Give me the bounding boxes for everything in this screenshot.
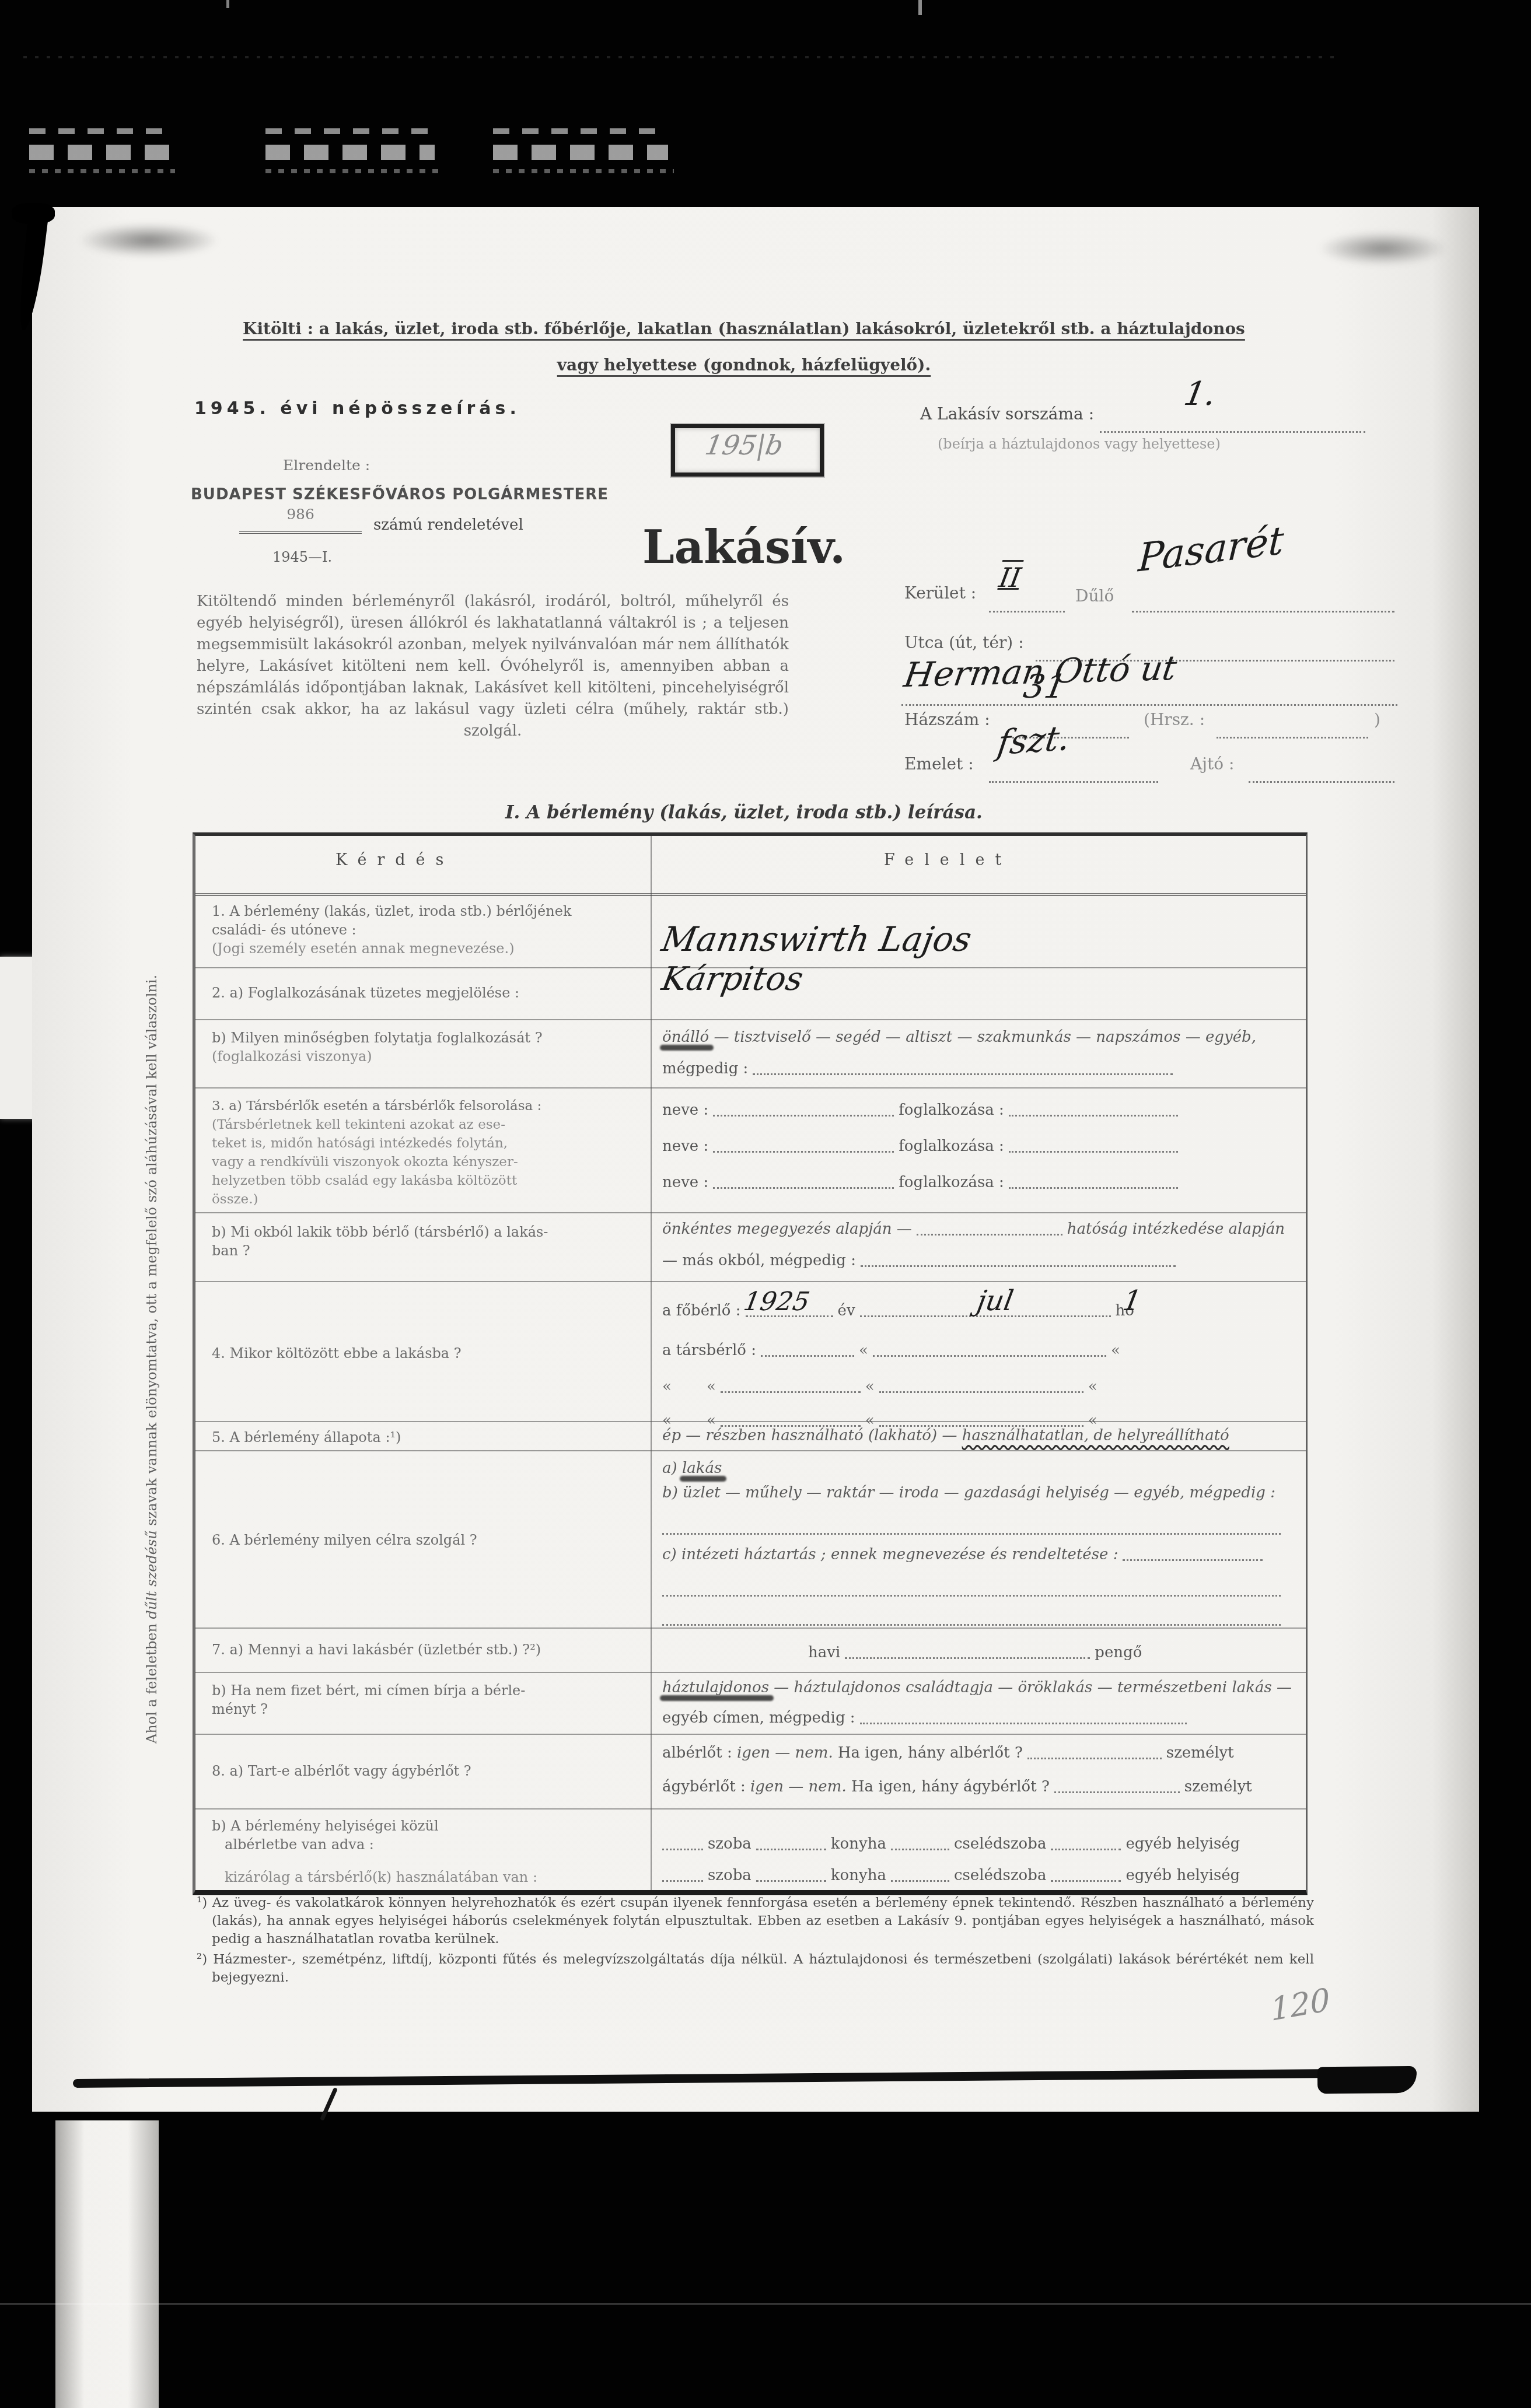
occupation-handwritten: Kárpitos — [659, 960, 806, 998]
fill-line — [860, 1721, 1187, 1724]
fill-line — [721, 1389, 861, 1393]
district-label: Kerület : — [904, 583, 976, 603]
floor-dotted-line — [989, 781, 1158, 783]
fill-line — [1009, 1113, 1178, 1116]
film-dash-mark — [493, 145, 668, 160]
table-row-6: 6. A bérlemény milyen célra szolgál ? a)… — [195, 1450, 1306, 1629]
fill-line — [1027, 1756, 1162, 1759]
answer-5: ép — részben használható (lakható) — has… — [662, 1427, 1298, 1444]
table-row-3a: 3. a) Társbérlők esetén a társbérlők fel… — [195, 1087, 1306, 1213]
answer-8b-line1: szobakonyhacselédszobaegyéb helyiség — [662, 1835, 1298, 1853]
dulo-value-handwritten: Pasarét — [1137, 517, 1285, 581]
instruction-line2: vagy helyettese (gondnok, házfelügyelő). — [557, 355, 931, 374]
movein-year-handwritten: 1925 — [742, 1287, 812, 1317]
door-dotted-line — [1249, 781, 1394, 783]
fill-line — [761, 1353, 854, 1357]
houseno-label: Házszám : — [904, 710, 990, 729]
district-dotted-line — [989, 611, 1065, 612]
table-row-8a: 8. a) Tart-e albérlőt vagy ágybérlőt ? a… — [195, 1734, 1306, 1810]
table-row-3b: b) Mi okból lakik több bérlő (társbérlő)… — [195, 1212, 1306, 1282]
film-dash-mark — [265, 169, 441, 173]
fill-line — [891, 1847, 949, 1850]
film-dash-mark — [29, 128, 169, 134]
margin-note-text: Ahol a feleletben — [144, 1619, 160, 1744]
answer-6a: a) lakás — [662, 1459, 1298, 1477]
answer-3a-line1: neve :foglalkozása : — [662, 1101, 1298, 1119]
dulo-label: Dűlő — [1075, 586, 1114, 605]
answer-1: Mannswirth Lajos — [662, 919, 1298, 959]
option-haztulajdonos-underlined: háztulajdonos — [662, 1679, 769, 1696]
question-2a: 2. a) Foglalkozásának tüzetes megjelölés… — [212, 984, 641, 1002]
state-underlined: használhatatlan, de helyreállítható — [962, 1427, 1229, 1444]
hrsz-label: (Hrsz. : — [1144, 710, 1205, 729]
question-column-header: Kérdés — [335, 851, 454, 869]
serial-hint: (beírja a háztulajdonos vagy helyettese) — [938, 436, 1221, 452]
answer-column-header: Felelet — [884, 851, 1012, 869]
answer-4-tarsber: a társbérlő :«« — [662, 1342, 1298, 1359]
street-label: Utca (út, tér) : — [904, 633, 1024, 652]
answer-3a-line2: neve :foglalkozása : — [662, 1137, 1298, 1155]
decree-number: 986 — [242, 506, 359, 523]
dulo-dotted-line — [1132, 611, 1394, 612]
fill-line — [1054, 1790, 1180, 1793]
hrsz-close: ) — [1374, 710, 1380, 729]
answer-3b-line2: — más okból, mégpedig : — [662, 1252, 1298, 1269]
floor-label: Emelet : — [904, 754, 974, 773]
table-row-4: 4. Mikor költözött ebbe a lakásba ? a fő… — [195, 1281, 1306, 1422]
option-lakas-underlined: lakás — [682, 1459, 722, 1477]
film-dash-mark — [493, 128, 668, 134]
houseno-value-handwritten: 31 — [1020, 668, 1069, 706]
scanned-form-page: Kitölti : a lakás, üzlet, iroda stb. főb… — [32, 207, 1479, 2112]
decree-reference: 1945—I. — [272, 549, 332, 565]
section-title: I. A bérlemény (lakás, üzlet, iroda stb.… — [441, 802, 1047, 823]
door-label: Ajtó : — [1190, 754, 1234, 773]
answer-6b: b) üzlet — műhely — raktár — iroda — gaz… — [662, 1484, 1298, 1501]
fill-line — [713, 1149, 894, 1153]
question-7a: 7. a) Mennyi a havi lakásbér (üzletbér s… — [212, 1640, 641, 1659]
fill-line — [756, 1847, 826, 1850]
issuing-authority: BUDAPEST SZÉKESFŐVÁROS POLGÁRMESTERE — [191, 486, 609, 503]
serial-dotted-line — [1100, 431, 1365, 433]
question-5: 5. A bérlemény állapota :¹) — [212, 1428, 641, 1447]
question-3b: b) Mi okból lakik több bérlő (társbérlő)… — [212, 1223, 641, 1260]
film-dash-mark — [29, 145, 169, 160]
fill-line — [845, 1655, 1090, 1659]
stamp-number-handwritten: 195|b — [702, 429, 785, 461]
stamp-box: 195|b — [671, 424, 824, 477]
answer-2a: Kárpitos — [662, 960, 1298, 998]
decree-underline — [239, 531, 362, 534]
answer-3b-line1: önkéntes megegyezés alapján —hatóság int… — [662, 1220, 1298, 1238]
answer-8b-line2: szobakonyhacselédszobaegyéb helyiség — [662, 1867, 1298, 1884]
option-onallo-underlined: önálló — [662, 1028, 709, 1046]
filling-instruction: Kitölti : a lakás, üzlet, iroda stb. főb… — [190, 311, 1298, 383]
question-2b: b) Milyen minőségben folytatja foglalkoz… — [212, 1028, 641, 1066]
film-tick — [918, 0, 922, 15]
intro-paragraph: Kitöltendő minden bérleményről (lakásról… — [197, 591, 789, 742]
fill-line — [1051, 1847, 1121, 1850]
footnotes: ¹) Az üveg- és vakolatkárok könnyen hely… — [197, 1894, 1314, 1989]
ordered-by-label: Elrendelte : — [283, 457, 370, 474]
fill-line — [1051, 1878, 1121, 1882]
fill-line — [917, 1232, 1062, 1235]
fill-line — [753, 1072, 1173, 1075]
fill-line — [861, 1263, 1176, 1267]
fill-line — [1123, 1557, 1263, 1561]
film-dash-mark — [265, 128, 435, 134]
answer-2b-options: önálló — tisztviselő — segéd — altiszt —… — [662, 1028, 1298, 1046]
question-3a: 3. a) Társbérlők esetén a társbérlők fel… — [212, 1097, 641, 1209]
table-row-5: 5. A bérlemény állapota :¹) ép — részben… — [195, 1421, 1306, 1451]
question-7b: b) Ha nem fizet bért, mi címen bírja a b… — [212, 1681, 641, 1718]
hrsz-dotted-line — [1217, 737, 1368, 738]
movein-day-handwritten: 1 — [1120, 1284, 1144, 1317]
table-header-row: Kérdés Felelet — [195, 836, 1306, 893]
table-row-7b: b) Ha nem fizet bért, mi címen bírja a b… — [195, 1672, 1306, 1735]
margin-note-italic: dűlt szedésű — [144, 1530, 160, 1619]
instruction-line1: Kitölti : a lakás, üzlet, iroda stb. főb… — [243, 319, 1245, 338]
film-dash-mark — [29, 169, 175, 173]
margin-note-text2: szavak vannak elönyomtatva, ott a megfel… — [144, 975, 160, 1530]
sheet-bottom-edge — [73, 2068, 1412, 2088]
movein-month-handwritten: jul — [974, 1284, 1016, 1317]
fill-line — [756, 1878, 826, 1882]
fill-line — [891, 1878, 949, 1882]
form-title: Lakásív. — [493, 521, 995, 574]
fill-line — [662, 1533, 1281, 1535]
film-strip-bottom-left — [55, 2120, 159, 2408]
question-8b: b) A bérlemény helyiségei közül albérlet… — [212, 1817, 641, 1887]
street-dotted-line2 — [901, 704, 1397, 706]
film-dot-row — [23, 56, 1336, 58]
film-dash-mark — [493, 169, 674, 173]
answer-4-fober: a főbérlő :évhó 1925 jul 1 — [662, 1302, 1298, 1319]
fill-line — [713, 1113, 894, 1116]
answer-4-extra1: «««« — [662, 1378, 1298, 1395]
fill-line — [873, 1353, 1106, 1357]
answer-7b-line2: egyéb címen, mégpedig : — [662, 1709, 1298, 1727]
table-row-2b: b) Milyen minőségben folytatja foglalkoz… — [195, 1019, 1306, 1088]
table-row-8b: b) A bérlemény helyiségei közül albérlet… — [195, 1808, 1306, 1891]
film-dash-mark — [265, 145, 435, 160]
answer-7a: havipengő — [808, 1644, 1298, 1661]
corner-smudge — [79, 223, 219, 257]
footnote-2: ²) Házmester-, szemétpénz, liftdíj, közp… — [197, 1951, 1314, 1987]
question-6: 6. A bérlemény milyen célra szolgál ? — [212, 1531, 641, 1549]
question-1: 1. A bérlemény (lakás, üzlet, iroda stb.… — [212, 902, 641, 958]
serial-label: A Lakásív sorszáma : — [920, 404, 1094, 423]
fill-line — [713, 1185, 894, 1189]
question-answer-table: Kérdés Felelet 1. A bérlemény (lakás, üz… — [193, 832, 1308, 1895]
microfilm-frame: Kitölti : a lakás, üzlet, iroda stb. főb… — [0, 0, 1531, 2408]
pen-slash-mark — [320, 2087, 338, 2121]
film-scanline — [0, 2303, 1531, 2305]
margin-note: Ahol a feleletben dűlt szedésű szavak va… — [144, 846, 160, 1873]
fill-line — [662, 1624, 1281, 1626]
answer-7b-options: háztulajdonos — háztulajdonos családtagj… — [662, 1679, 1298, 1696]
serial-value-handwritten: 1. — [1181, 375, 1219, 413]
corner-smudge — [1319, 232, 1447, 265]
answer-8a-line2: ágybérlőt : igen — nem. Ha igen, hány ág… — [662, 1778, 1298, 1796]
question-4: 4. Mikor költözött ebbe a lakásba ? — [212, 1344, 641, 1363]
answer-3a-line3: neve :foglalkozása : — [662, 1174, 1298, 1191]
fill-line — [1009, 1185, 1178, 1189]
table-row-1: 1. A bérlemény (lakás, üzlet, iroda stb.… — [195, 893, 1306, 970]
tenant-name-handwritten: Mannswirth Lajos — [659, 919, 974, 959]
district-value-handwritten: II — [997, 562, 1023, 593]
answer-6c: c) intézeti háztartás ; ennek megnevezés… — [662, 1546, 1298, 1563]
answer-8a-line1: albérlőt : igen — nem. Ha igen, hány alb… — [662, 1744, 1298, 1762]
fill-line — [662, 1847, 703, 1850]
fill-line — [662, 1595, 1281, 1597]
census-title: 1945. évi népösszeírás. — [194, 398, 520, 419]
fill-line — [1009, 1149, 1178, 1153]
table-row-2a: 2. a) Foglalkozásának tüzetes megjelölés… — [195, 967, 1306, 1020]
answer-2b-megpedig: mégpedig : — [662, 1060, 1298, 1077]
question-8a: 8. a) Tart-e albérlőt vagy ágybérlőt ? — [212, 1762, 641, 1780]
table-row-7a: 7. a) Mennyi a havi lakásbér (üzletbér s… — [195, 1627, 1306, 1673]
footnote-1: ¹) Az üveg- és vakolatkárok könnyen hely… — [197, 1894, 1314, 1948]
floor-value-handwritten: fszt. — [995, 717, 1072, 762]
fill-line — [879, 1389, 1083, 1393]
fill-line — [662, 1878, 703, 1882]
film-tick — [226, 0, 229, 8]
